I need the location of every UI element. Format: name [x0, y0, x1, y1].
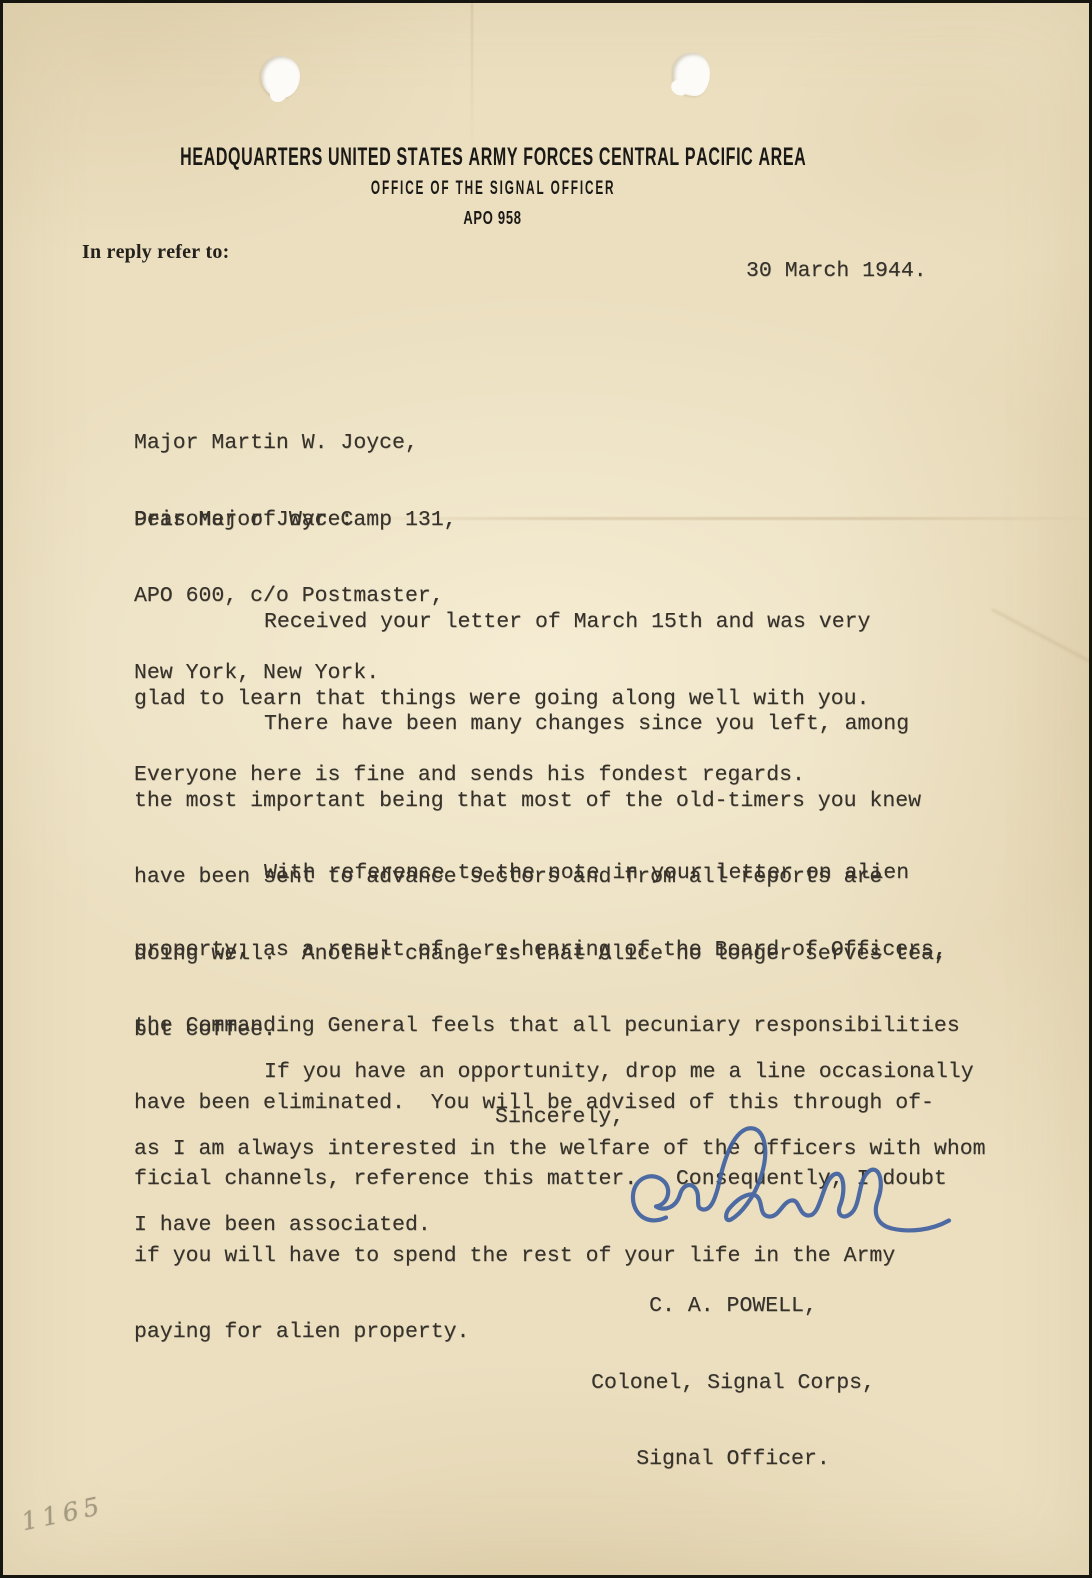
- body-line: Received your letter of March 15th and w…: [134, 610, 870, 636]
- letterhead-apo-line: APO 958: [464, 208, 522, 229]
- letterhead: HEADQUARTERS UNITED STATES ARMY FORCES C…: [3, 143, 983, 229]
- letterhead-line2: OFFICE OF THE SIGNAL OFFICER: [371, 178, 615, 200]
- punch-hole-right: [673, 53, 710, 96]
- body-line: If you have an opportunity, drop me a li…: [134, 1060, 986, 1086]
- body-line: property, as a result of a re-hearing of…: [134, 938, 960, 964]
- letterhead-line1: HEADQUARTERS UNITED STATES ARMY FORCES C…: [180, 143, 806, 172]
- signer-title: Signal Officer.: [563, 1447, 903, 1473]
- signer-name: C. A. POWELL,: [563, 1294, 903, 1320]
- body-line: There have been many changes since you l…: [134, 712, 947, 738]
- recipient-name: Major Martin W. Joyce,: [134, 431, 457, 457]
- closing-salutation: Sincerely,: [495, 1105, 624, 1131]
- pencil-annotation: 1165: [19, 1491, 107, 1537]
- reply-reference-label: In reply refer to:: [82, 241, 229, 264]
- letter-scan: HEADQUARTERS UNITED STATES ARMY FORCES C…: [0, 0, 1092, 1578]
- paper-crease-vertical: [471, 3, 473, 153]
- date-line: 30 March 1944.: [746, 259, 927, 285]
- punch-hole-left: [261, 56, 300, 98]
- handwritten-signature-ink: [611, 1119, 956, 1247]
- body-line: With reference to the note in your lette…: [134, 861, 960, 887]
- signer-rank: Colonel, Signal Corps,: [563, 1371, 903, 1397]
- signature-block: C. A. POWELL, Colonel, Signal Corps, Sig…: [563, 1243, 903, 1524]
- paper-crease-diagonal: [991, 608, 1092, 681]
- salutation: Dear Major Joyce:: [134, 508, 353, 534]
